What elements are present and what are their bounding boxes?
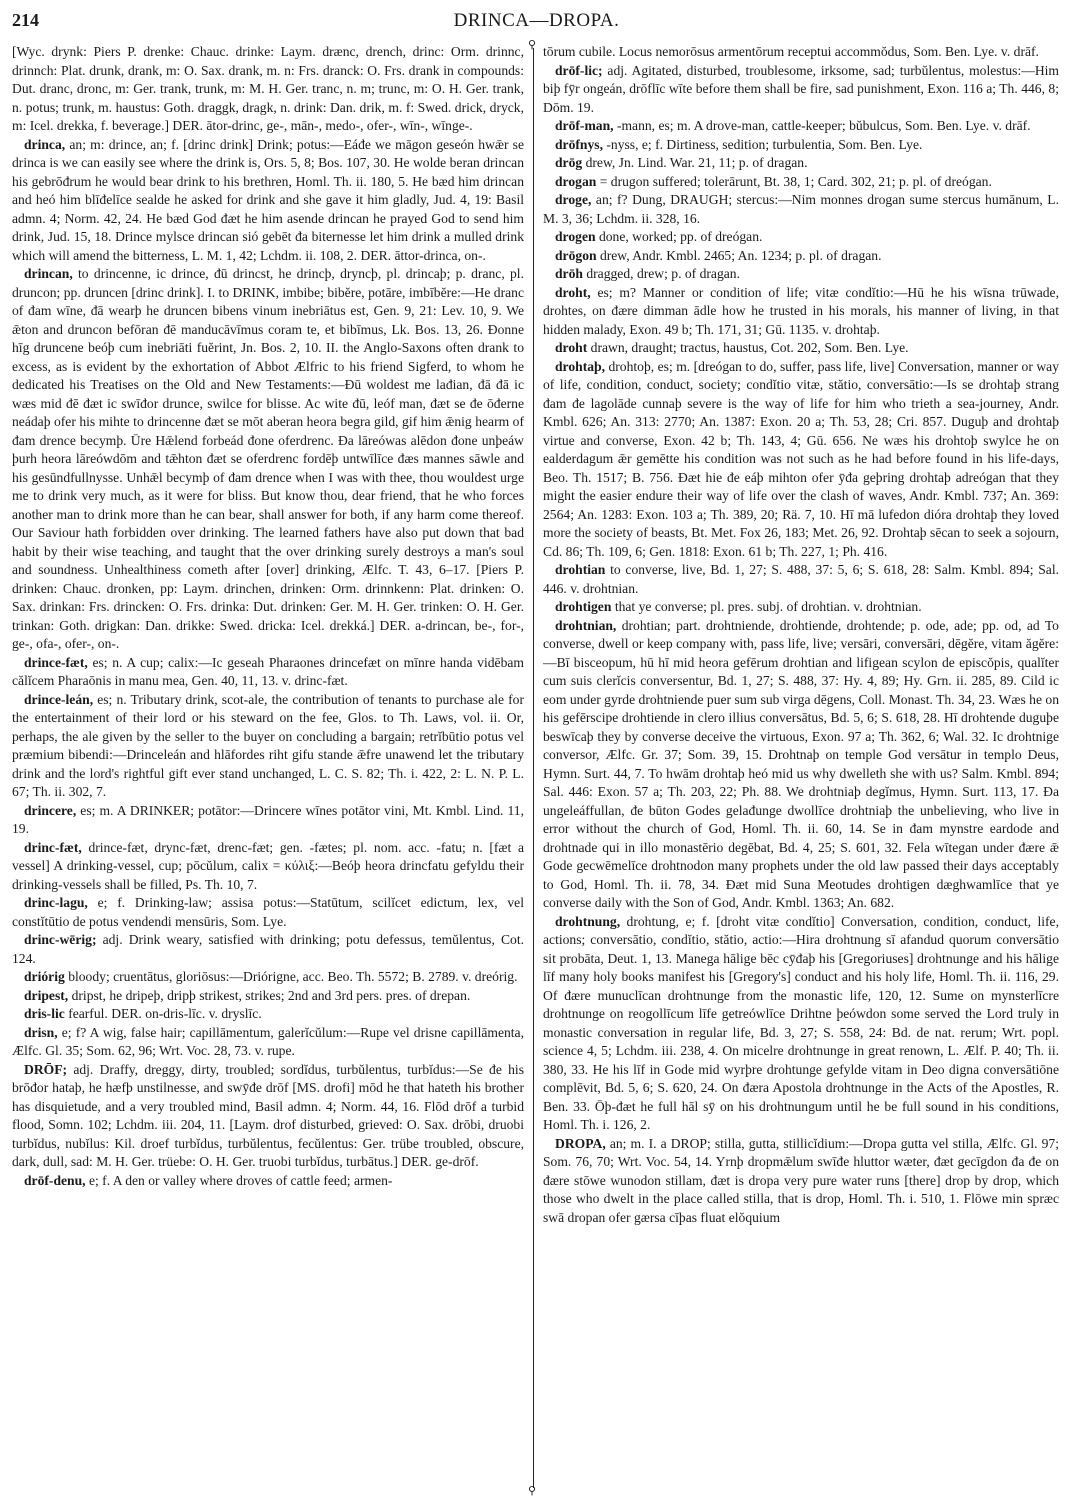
dictionary-entry: drince-leán, es; n. Tributary drink, sco… xyxy=(12,691,524,802)
entry-body: adj. Draffy, dreggy, dirty, troubled; so… xyxy=(12,1062,524,1170)
dictionary-entry: drinc-fæt, drince-fæt, drync-fæt, drenc-… xyxy=(12,839,524,895)
entry-headword: drogan xyxy=(555,174,596,189)
entry-headword: drinca, xyxy=(24,137,65,152)
entry-body: to drincenne, ic drince, đū drincst, he … xyxy=(12,266,524,651)
column-divider xyxy=(533,48,534,1488)
dictionary-entry: drisn, e; f? A wig, false hair; capillām… xyxy=(12,1024,524,1061)
entry-headword: drinc-lagu, xyxy=(24,895,88,910)
entry-body: an; f? Dung, DRAUGH; stercus:—Nim monnes… xyxy=(543,192,1059,226)
dictionary-entry: drohtnung, drohtung, e; f. [droht vitæ c… xyxy=(543,913,1059,1135)
dictionary-entry: drohtaþ, drohtoþ, es; m. [dreógan to do,… xyxy=(543,358,1059,562)
entry-body: dripst, he dripeþ, dripþ strikest, strik… xyxy=(72,988,471,1003)
entry-headword: drincan, xyxy=(24,266,73,281)
dictionary-entry: drōfnys, -nyss, e; f. Dirtiness, seditio… xyxy=(543,136,1059,155)
entry-headword: drince-leán, xyxy=(24,692,93,707)
entry-body: to converse, live, Bd. 1, 27; S. 488, 37… xyxy=(543,562,1059,596)
entry-body: bloody; cruentātus, gloriōsus:—Driórigne… xyxy=(68,969,517,984)
entry-headword: drisn, xyxy=(24,1025,58,1040)
dictionary-entry: drohtigen that ye converse; pl. pres. su… xyxy=(543,598,1059,617)
left-column: [Wyc. drynk: Piers P. drenke: Chauc. dri… xyxy=(12,43,524,1190)
entry-body: adj. Agitated, disturbed, troublesome, i… xyxy=(543,63,1059,115)
entry-body: es; n. Tributary drink, scot-ale, the co… xyxy=(12,692,524,800)
entry-headword: DROPA, xyxy=(555,1136,606,1151)
entry-body: drohtian; part. drohtniende, drohtiende,… xyxy=(543,618,1059,911)
dictionary-entry: drogen done, worked; pp. of dreógan. xyxy=(543,228,1059,247)
dictionary-entry: drōf-man, -mann, es; m. A drove-man, cat… xyxy=(543,117,1059,136)
dictionary-entry: drōh dragged, drew; p. of dragan. xyxy=(543,265,1059,284)
dictionary-entry: drohtnian, drohtian; part. drohtniende, … xyxy=(543,617,1059,913)
entry-body: drohtung, e; f. [droht vitæ condĭtio] Co… xyxy=(543,914,1059,1133)
entry-body: es; m. A DRINKER; potātor:—Drincere wīne… xyxy=(12,803,524,837)
entry-headword: drohtnung, xyxy=(555,914,620,929)
entry-headword: droht xyxy=(555,340,587,355)
divider-top-ornament-icon: ⚲ xyxy=(528,40,536,51)
entry-headword: drōf-lic; xyxy=(555,63,603,78)
entry-body: an; m. I. a DROP; stilla, gutta, stillic… xyxy=(543,1136,1059,1225)
entry-headword: driórig xyxy=(24,969,65,984)
dictionary-entry: DRŌF; adj. Draffy, dreggy, dirty, troubl… xyxy=(12,1061,524,1172)
dictionary-entry: dripest, dripst, he dripeþ, dripþ strike… xyxy=(12,987,524,1006)
dictionary-entry: drincere, es; m. A DRINKER; potātor:—Dri… xyxy=(12,802,524,839)
dictionary-entry: droge, an; f? Dung, DRAUGH; stercus:—Nim… xyxy=(543,191,1059,228)
entry-body: tōrum cubile. Locus nemorōsus armentōrum… xyxy=(543,44,1039,59)
entry-headword: drōf-man, xyxy=(555,118,614,133)
entry-body: -nyss, e; f. Dirtiness, sedition; turbul… xyxy=(606,137,922,152)
entry-headword: drinc-wērig; xyxy=(24,932,96,947)
dictionary-entry: drincan, to drincenne, ic drince, đū dri… xyxy=(12,265,524,654)
running-head: DRINCA—DROPA. xyxy=(0,10,1073,32)
entry-body: drince-fæt, drync-fæt, drenc-fæt; gen. -… xyxy=(12,840,524,892)
entry-headword: drince-fæt, xyxy=(24,655,88,670)
entry-headword: drōg xyxy=(555,155,582,170)
entry-body: drew, Andr. Kmbl. 2465; An. 1234; p. pl.… xyxy=(600,248,882,263)
entry-headword: drōgon xyxy=(555,248,597,263)
entry-body: -mann, es; m. A drove-man, cattle-keeper… xyxy=(617,118,1031,133)
dictionary-entry: drinc-wērig; adj. Drink weary, satisfied… xyxy=(12,931,524,968)
entry-body: done, worked; pp. of dreógan. xyxy=(599,229,762,244)
entry-headword: drohtaþ, xyxy=(555,359,605,374)
dictionary-entry: droht drawn, draught; tractus, haustus, … xyxy=(543,339,1059,358)
entry-headword: drohtian xyxy=(555,562,605,577)
dictionary-entry: drince-fæt, es; n. A cup; calix:—Ic gese… xyxy=(12,654,524,691)
dictionary-entry: drogan = drugon suffered; tolerārunt, Bt… xyxy=(543,173,1059,192)
dictionary-entry: drōf-lic; adj. Agitated, disturbed, trou… xyxy=(543,62,1059,118)
entry-body: es; m? Manner or condition of life; vitæ… xyxy=(543,285,1059,337)
dictionary-entry: droht, es; m? Manner or condition of lif… xyxy=(543,284,1059,340)
entry-headword: drōfnys, xyxy=(555,137,603,152)
dictionary-entry: drohtian to converse, live, Bd. 1, 27; S… xyxy=(543,561,1059,598)
entry-body: drew, Jn. Lind. War. 21, 11; p. of draga… xyxy=(586,155,808,170)
entry-body: an; m: drince, an; f. [drinc drink] Drin… xyxy=(12,137,524,263)
entry-body: drohtoþ, es; m. [dreógan to do, suffer, … xyxy=(543,359,1059,559)
entry-headword: droge, xyxy=(555,192,591,207)
dictionary-entry: drinca, an; m: drince, an; f. [drinc dri… xyxy=(12,136,524,266)
dictionary-entry: tōrum cubile. Locus nemorōsus armentōrum… xyxy=(543,43,1059,62)
entry-headword: drōh xyxy=(555,266,583,281)
entry-body: dragged, drew; p. of dragan. xyxy=(586,266,740,281)
entry-headword: drōf-denu, xyxy=(24,1173,86,1188)
right-column: tōrum cubile. Locus nemorōsus armentōrum… xyxy=(543,43,1059,1227)
dictionary-entry: drinc-lagu, e; f. Drinking-law; assisa p… xyxy=(12,894,524,931)
entry-headword: dris-lic xyxy=(24,1006,65,1021)
entry-headword: DRŌF; xyxy=(24,1062,67,1077)
entry-headword: droht, xyxy=(555,285,591,300)
entry-headword: drogen xyxy=(555,229,596,244)
entry-body: = drugon suffered; tolerārunt, Bt. 38, 1… xyxy=(600,174,992,189)
entry-body: drawn, draught; tractus, haustus, Cot. 2… xyxy=(591,340,909,355)
entry-body: es; n. A cup; calix:—Ic geseah Pharaones… xyxy=(12,655,524,689)
entry-body: that ye converse; pl. pres. subj. of dro… xyxy=(615,599,922,614)
entry-body: fearful. DER. on-dris-līc. v. dryslīc. xyxy=(68,1006,262,1021)
entry-headword: drohtigen xyxy=(555,599,611,614)
entry-body: [Wyc. drynk: Piers P. drenke: Chauc. dri… xyxy=(12,44,524,133)
entry-headword: drinc-fæt, xyxy=(24,840,82,855)
entry-headword: drincere, xyxy=(24,803,76,818)
dictionary-entry: drōf-denu, e; f. A den or valley where d… xyxy=(12,1172,524,1191)
entry-headword: dripest, xyxy=(24,988,68,1003)
entry-body: e; f. A den or valley where droves of ca… xyxy=(89,1173,392,1188)
dictionary-entry: driórig bloody; cruentātus, gloriōsus:—D… xyxy=(12,968,524,987)
dictionary-entry: drōg drew, Jn. Lind. War. 21, 11; p. of … xyxy=(543,154,1059,173)
dictionary-entry: [Wyc. drynk: Piers P. drenke: Chauc. dri… xyxy=(12,43,524,136)
dictionary-entry: dris-lic fearful. DER. on-dris-līc. v. d… xyxy=(12,1005,524,1024)
page-header: 214 DRINCA—DROPA. xyxy=(0,0,1073,40)
dictionary-entry: DROPA, an; m. I. a DROP; stilla, gutta, … xyxy=(543,1135,1059,1228)
entry-headword: drohtnian, xyxy=(555,618,616,633)
dictionary-entry: drōgon drew, Andr. Kmbl. 2465; An. 1234;… xyxy=(543,247,1059,266)
entry-body: e; f. Drinking-law; assisa potus:—Statūt… xyxy=(12,895,524,929)
entry-body: e; f? A wig, false hair; capillāmentum, … xyxy=(12,1025,524,1059)
divider-bottom-ornament-icon: ⚲ xyxy=(528,1486,536,1497)
